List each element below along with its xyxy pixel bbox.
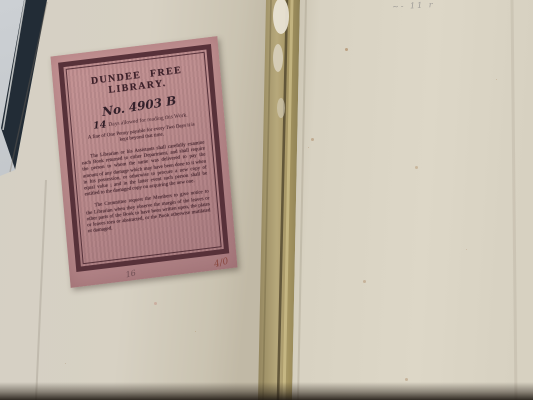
foxing-spots-right-page [345,48,348,51]
label-border-frame: DUNDEE FREE LIBRARY. No. 4903 B 14Days a… [58,44,229,272]
book-photo: DUNDEE FREE LIBRARY. No. 4903 B 14Days a… [0,0,533,400]
handwritten-mark-left: 16 [125,268,137,279]
handwritten-mark-right: 4/0 [213,257,229,270]
bottom-shadow [0,382,533,400]
rule-paragraph-2: The Committee request the Members to giv… [86,190,212,236]
gutter-frayed-paper [273,44,283,72]
loan-days-value: 14 [93,119,107,132]
right-page [292,0,533,400]
foxing-spots-left-page [154,302,157,305]
gutter-frayed-paper [277,98,285,118]
label-inner-frame: DUNDEE FREE LIBRARY. No. 4903 B 14Days a… [66,52,222,264]
rule-paragraph-1: The Librarian or his Assistants shall ca… [81,140,208,198]
library-label: DUNDEE FREE LIBRARY. No. 4903 B 14Days a… [51,36,238,288]
